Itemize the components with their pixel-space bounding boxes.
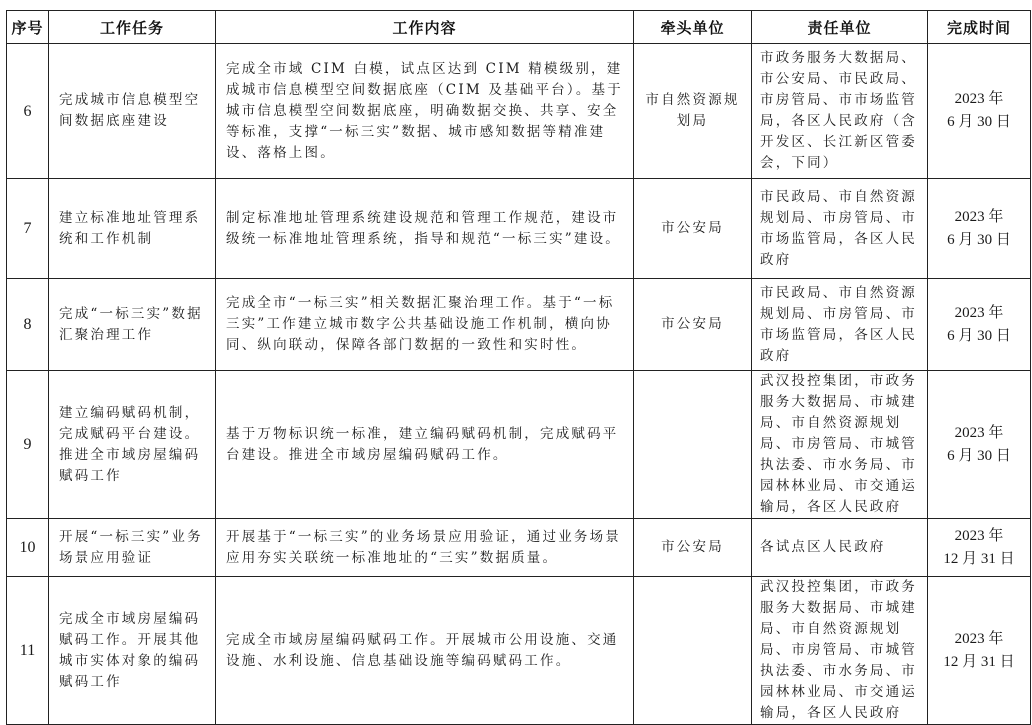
row-content: 基于万物标识统一标准，建立编码赋码机制，完成赋码平台建设。推进全市域房屋编码赋码… (216, 371, 634, 519)
table-row: 9 建立编码赋码机制，完成赋码平台建设。推进全市域房屋编码赋码工作 基于万物标识… (7, 371, 1031, 519)
deadline-year: 2023 年 (928, 525, 1030, 548)
row-number: 10 (7, 519, 49, 577)
row-number: 6 (7, 44, 49, 179)
header-lead-unit: 牵头单位 (634, 11, 752, 44)
row-task: 建立编码赋码机制，完成赋码平台建设。推进全市域房屋编码赋码工作 (49, 371, 216, 519)
deadline-day: 12 月 31 日 (928, 651, 1030, 674)
row-content: 完成全市域 CIM 白模，试点区达到 CIM 精模级别，建成城市信息模型空间数据… (216, 44, 634, 179)
row-responsible-unit: 市民政局、市自然资源规划局、市房管局、市市场监管局，各区人民政府 (752, 279, 928, 371)
row-content: 制定标准地址管理系统建设规范和管理工作规范，建设市级统一标准地址管理系统，指导和… (216, 179, 634, 279)
deadline-year: 2023 年 (928, 88, 1030, 111)
deadline-year: 2023 年 (928, 628, 1030, 651)
table-row: 6 完成城市信息模型空间数据底座建设 完成全市域 CIM 白模，试点区达到 CI… (7, 44, 1031, 179)
deadline-day: 6 月 30 日 (928, 445, 1030, 468)
row-number: 7 (7, 179, 49, 279)
deadline-year: 2023 年 (928, 302, 1030, 325)
row-number: 11 (7, 577, 49, 725)
row-lead-unit (634, 577, 752, 725)
header-content: 工作内容 (216, 11, 634, 44)
deadline-day: 12 月 31 日 (928, 548, 1030, 571)
row-deadline: 2023 年 6 月 30 日 (928, 44, 1031, 179)
row-task: 完成城市信息模型空间数据底座建设 (49, 44, 216, 179)
table-row: 8 完成“一标三实”数据汇聚治理工作 完成全市“一标三实”相关数据汇聚治理工作。… (7, 279, 1031, 371)
deadline-day: 6 月 30 日 (928, 325, 1030, 348)
task-table-container: 序号 工作任务 工作内容 牵头单位 责任单位 完成时间 6 完成城市信息模型空间… (6, 10, 1031, 724)
table-row: 11 完成全市域房屋编码赋码工作。开展其他城市实体对象的编码赋码工作 完成全市域… (7, 577, 1031, 725)
row-deadline: 2023 年 12 月 31 日 (928, 577, 1031, 725)
row-lead-unit (634, 371, 752, 519)
header-task: 工作任务 (49, 11, 216, 44)
row-lead-unit: 市公安局 (634, 519, 752, 577)
header-responsible-unit: 责任单位 (752, 11, 928, 44)
header-no: 序号 (7, 11, 49, 44)
row-deadline: 2023 年 12 月 31 日 (928, 519, 1031, 577)
row-lead-unit: 市自然资源规划局 (634, 44, 752, 179)
row-lead-unit: 市公安局 (634, 279, 752, 371)
deadline-year: 2023 年 (928, 422, 1030, 445)
row-responsible-unit: 市民政局、市自然资源规划局、市房管局、市市场监管局，各区人民政府 (752, 179, 928, 279)
deadline-day: 6 月 30 日 (928, 229, 1030, 252)
row-deadline: 2023 年 6 月 30 日 (928, 371, 1031, 519)
row-content: 开展基于“一标三实”的业务场景应用验证，通过业务场景应用夯实关联统一标准地址的“… (216, 519, 634, 577)
task-table: 序号 工作任务 工作内容 牵头单位 责任单位 完成时间 6 完成城市信息模型空间… (6, 10, 1031, 724)
deadline-day: 6 月 30 日 (928, 111, 1030, 134)
row-lead-unit: 市公安局 (634, 179, 752, 279)
row-responsible-unit: 市政务服务大数据局、市公安局、市民政局、市房管局、市市场监管局，各区人民政府（含… (752, 44, 928, 179)
table-header-row: 序号 工作任务 工作内容 牵头单位 责任单位 完成时间 (7, 11, 1031, 44)
table-row: 7 建立标准地址管理系统和工作机制 制定标准地址管理系统建设规范和管理工作规范，… (7, 179, 1031, 279)
deadline-year: 2023 年 (928, 206, 1030, 229)
header-deadline: 完成时间 (928, 11, 1031, 44)
row-deadline: 2023 年 6 月 30 日 (928, 179, 1031, 279)
row-responsible-unit: 武汉投控集团，市政务服务大数据局、市城建局、市自然资源规划局、市房管局、市城管执… (752, 371, 928, 519)
row-responsible-unit: 各试点区人民政府 (752, 519, 928, 577)
row-task: 建立标准地址管理系统和工作机制 (49, 179, 216, 279)
row-content: 完成全市“一标三实”相关数据汇聚治理工作。基于“一标三实”工作建立城市数字公共基… (216, 279, 634, 371)
row-task: 完成全市域房屋编码赋码工作。开展其他城市实体对象的编码赋码工作 (49, 577, 216, 725)
row-number: 9 (7, 371, 49, 519)
row-number: 8 (7, 279, 49, 371)
row-task: 完成“一标三实”数据汇聚治理工作 (49, 279, 216, 371)
row-content: 完成全市域房屋编码赋码工作。开展城市公用设施、交通设施、水利设施、信息基础设施等… (216, 577, 634, 725)
row-responsible-unit: 武汉投控集团，市政务服务大数据局、市城建局、市自然资源规划局、市房管局、市城管执… (752, 577, 928, 725)
row-deadline: 2023 年 6 月 30 日 (928, 279, 1031, 371)
row-task: 开展“一标三实”业务场景应用验证 (49, 519, 216, 577)
table-row: 10 开展“一标三实”业务场景应用验证 开展基于“一标三实”的业务场景应用验证，… (7, 519, 1031, 577)
